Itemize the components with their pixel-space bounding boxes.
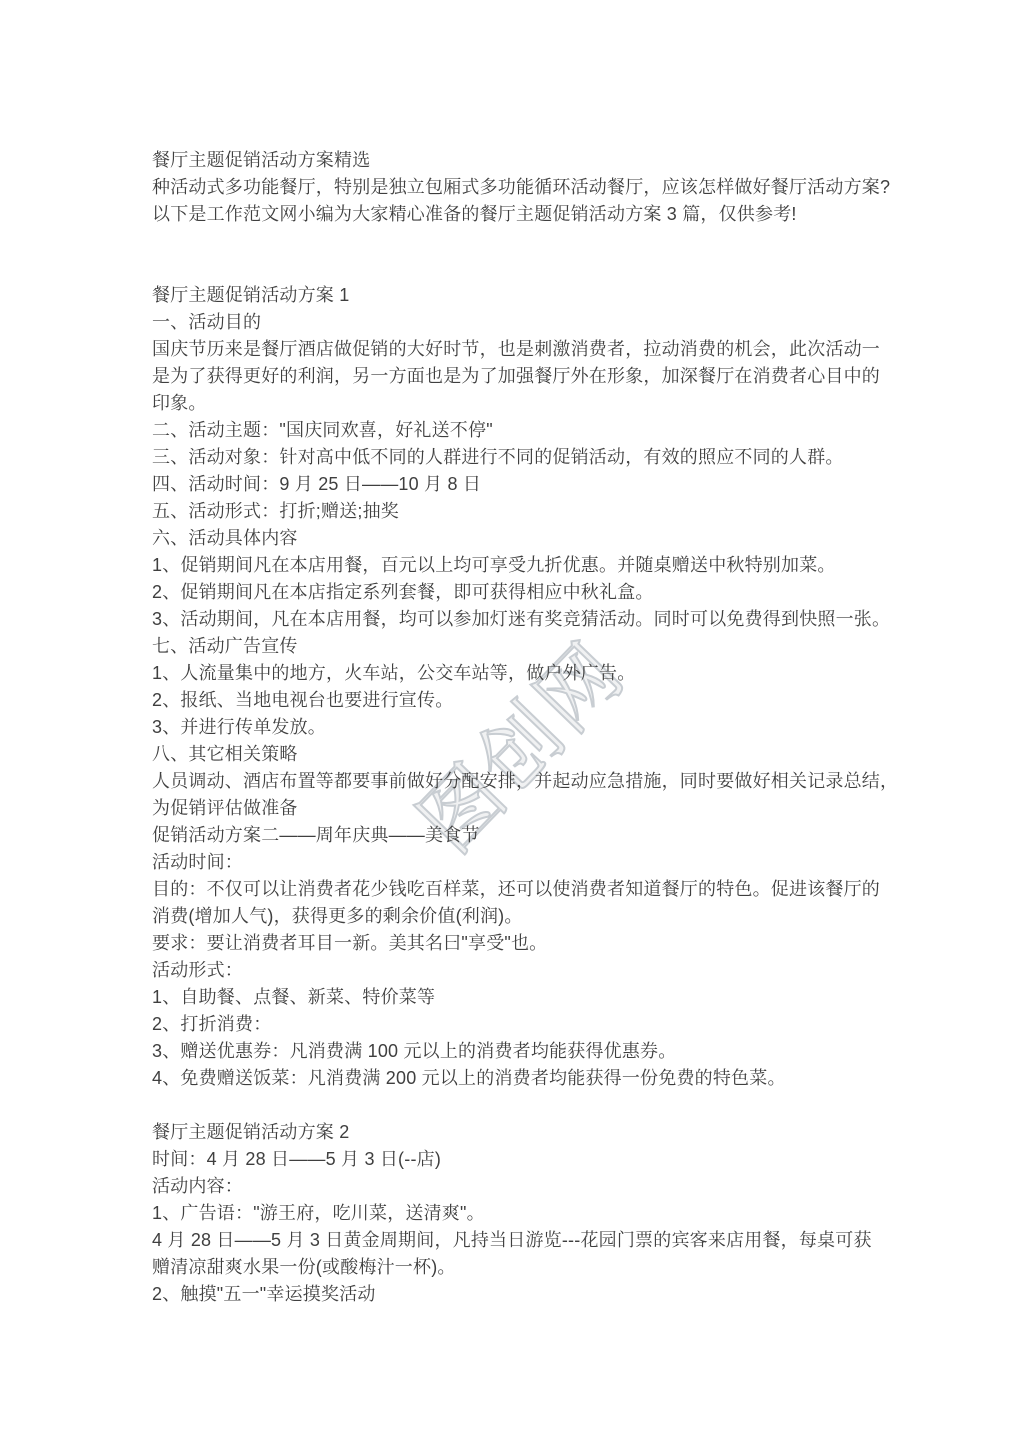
text-line: 活动形式： [152,957,892,984]
text-line: 2、促销期间凡在本店指定系列套餐，即可获得相应中秋礼盒。 [152,579,892,606]
blank-line [152,255,892,282]
text-line: 2、报纸、当地电视台也要进行宣传。 [152,687,892,714]
text-line: 餐厅主题促销活动方案精选 [152,147,892,174]
text-line: 活动时间： [152,849,892,876]
text-line: 八、其它相关策略 [152,741,892,768]
text-line: 2、触摸"五一"幸运摸奖活动 [152,1281,892,1308]
text-line: 餐厅主题促销活动方案 2 [152,1119,892,1146]
text-line: 国庆节历来是餐厅酒店做促销的大好时节，也是刺激消费者，拉动消费的机会，此次活动一 [152,336,892,363]
text-line: 要求：要让消费者耳目一新。美其名曰"享受"也。 [152,930,892,957]
text-line: 餐厅主题促销活动方案 1 [152,282,892,309]
text-line: 二、活动主题："国庆同欢喜，好礼送不停" [152,417,892,444]
text-line: 1、自助餐、点餐、新菜、特价菜等 [152,984,892,1011]
text-line: 1、人流量集中的地方，火车站，公交车站等，做户外广告。 [152,660,892,687]
text-line: 时间：4 月 28 日——5 月 3 日(--店) [152,1146,892,1173]
text-line: 1、促销期间凡在本店用餐，百元以上均可享受九折优惠。并随桌赠送中秋特别加菜。 [152,552,892,579]
text-line: 以下是工作范文网小编为大家精心准备的餐厅主题促销活动方案 3 篇，仅供参考! [152,201,892,228]
text-line: 1、广告语："游王府，吃川菜，送清爽"。 [152,1200,892,1227]
text-line: 种活动式多功能餐厅，特别是独立包厢式多功能循环活动餐厅，应该怎样做好餐厅活动方案… [152,174,892,201]
text-line: 3、并进行传单发放。 [152,714,892,741]
text-line: 是为了获得更好的利润，另一方面也是为了加强餐厅外在形象，加深餐厅在消费者心目中的 [152,363,892,390]
text-line: 消费(增加人气)，获得更多的剩余价值(利润)。 [152,903,892,930]
text-line: 六、活动具体内容 [152,525,892,552]
blank-line [152,1092,892,1119]
document-body: 餐厅主题促销活动方案精选种活动式多功能餐厅，特别是独立包厢式多功能循环活动餐厅，… [152,147,892,1308]
blank-line [152,228,892,255]
text-line: 促销活动方案二——周年庆典——美食节 [152,822,892,849]
text-line: 五、活动形式：打折;赠送;抽奖 [152,498,892,525]
text-line: 为促销评估做准备 [152,795,892,822]
text-line: 七、活动广告宣传 [152,633,892,660]
text-line: 3、活动期间，凡在本店用餐，均可以参加灯迷有奖竞猜活动。同时可以免费得到快照一张… [152,606,892,633]
text-line: 印象。 [152,390,892,417]
document-page: 图创网 餐厅主题促销活动方案精选种活动式多功能餐厅，特别是独立包厢式多功能循环活… [0,0,1024,1448]
text-line: 人员调动、酒店布置等都要事前做好分配安排，并起动应急措施，同时要做好相关记录总结… [152,768,892,795]
text-line: 4、免费赠送饭菜：凡消费满 200 元以上的消费者均能获得一份免费的特色菜。 [152,1065,892,1092]
text-line: 四、活动时间：9 月 25 日——10 月 8 日 [152,471,892,498]
text-line: 2、打折消费： [152,1011,892,1038]
text-line: 三、活动对象：针对高中低不同的人群进行不同的促销活动，有效的照应不同的人群。 [152,444,892,471]
text-line: 赠清凉甜爽水果一份(或酸梅汁一杯)。 [152,1254,892,1281]
text-line: 3、赠送优惠券：凡消费满 100 元以上的消费者均能获得优惠券。 [152,1038,892,1065]
text-line: 活动内容： [152,1173,892,1200]
text-line: 一、活动目的 [152,309,892,336]
text-line: 4 月 28 日——5 月 3 日黄金周期间，凡持当日游览---花园门票的宾客来… [152,1227,892,1254]
text-line: 目的：不仅可以让消费者花少钱吃百样菜，还可以使消费者知道餐厅的特色。促进该餐厅的 [152,876,892,903]
